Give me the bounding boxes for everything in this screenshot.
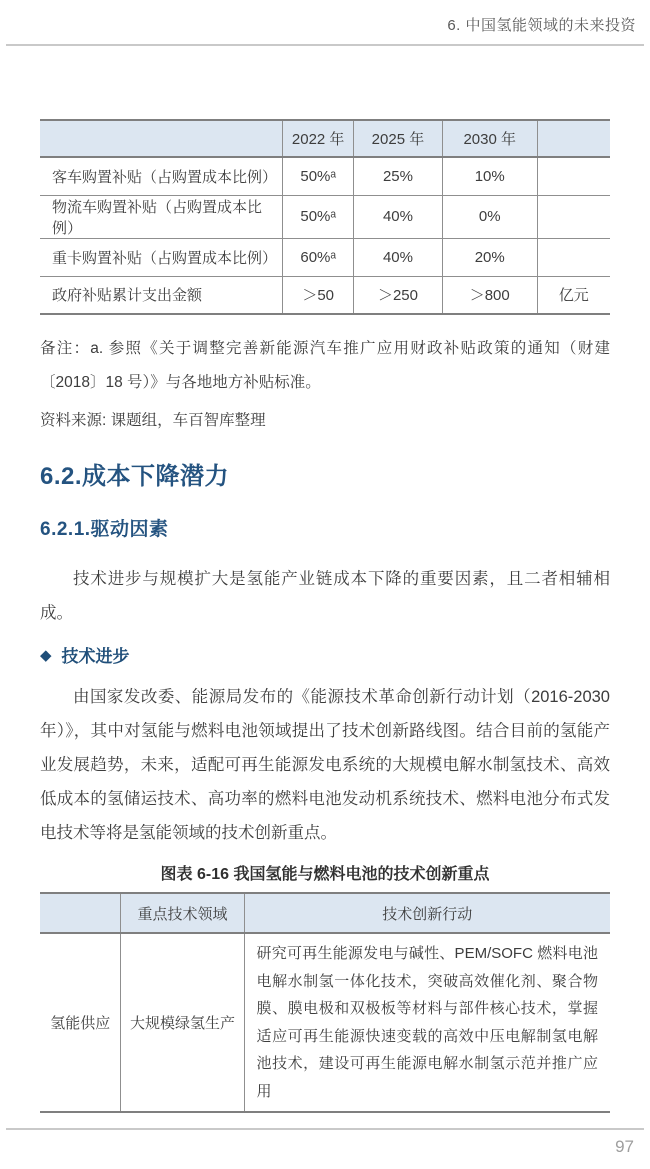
bullet-heading-label: 技术进步 xyxy=(62,642,130,667)
tech-table-header: 重点技术领域 技术创新行动 xyxy=(40,893,610,933)
source-line: 资料来源: 课题组，车百智库整理 xyxy=(40,409,610,433)
table-cell: 20% xyxy=(442,238,537,276)
table-cell: 10% xyxy=(442,157,537,195)
table-cell: ＞800 xyxy=(442,276,537,314)
running-header-title: 6. 中国氢能领域的未来投资 xyxy=(447,17,636,34)
bullet-heading: ◆ 技术进步 xyxy=(40,642,610,667)
table-cell xyxy=(537,238,610,276)
table-row: 氢能供应 大规模绿氢生产 研究可再生能源发电与碱性、PEM/SOFC 燃料电池电… xyxy=(40,933,610,1112)
table-cell-label: 物流车购置补贴（占购置成本比例） xyxy=(40,195,283,238)
table-cell: 60%ᵃ xyxy=(283,238,354,276)
table-cell: 50%ᵃ xyxy=(283,195,354,238)
table-cell-field: 大规模绿氢生产 xyxy=(121,933,244,1112)
table-cell: 0% xyxy=(442,195,537,238)
paragraph-2: 由国家发改委、能源局发布的《能源技术革命创新行动计划（2016-2030 年）》… xyxy=(40,680,610,850)
table-header-cell-2022: 2022 年 xyxy=(283,120,354,157)
page-number: 97 xyxy=(6,1130,644,1157)
subsidy-table: 2022 年 2025 年 2030 年 客车购置补贴（占购置成本比例） 50%… xyxy=(40,119,610,315)
table-cell-label: 客车购置补贴（占购置成本比例） xyxy=(40,157,283,195)
table-cell: 40% xyxy=(354,238,443,276)
table-row: 重卡购置补贴（占购置成本比例） 60%ᵃ 40% 20% xyxy=(40,238,610,276)
table-cell: ＞250 xyxy=(354,276,443,314)
table-cell-label: 重卡购置补贴（占购置成本比例） xyxy=(40,238,283,276)
section-heading: 6.2.成本下降潜力 xyxy=(40,456,610,491)
table-cell xyxy=(537,157,610,195)
table-row: 物流车购置补贴（占购置成本比例） 50%ᵃ 40% 0% xyxy=(40,195,610,238)
table-cell: ＞50 xyxy=(283,276,354,314)
table-header-row: 2022 年 2025 年 2030 年 xyxy=(40,120,610,157)
table-header-cell-2030: 2030 年 xyxy=(442,120,537,157)
subsection-heading: 6.2.1.驱动因素 xyxy=(40,514,610,541)
table-caption: 图表 6-16 我国氢能与燃料电池的技术创新重点 xyxy=(40,861,610,884)
table-header-cell-2025: 2025 年 xyxy=(354,120,443,157)
table-header-row: 重点技术领域 技术创新行动 xyxy=(40,893,610,933)
page-footer: 97 xyxy=(6,1128,644,1157)
table-cell-detail: 研究可再生能源发电与碱性、PEM/SOFC 燃料电池电解水制氢一体化技术，突破高… xyxy=(244,933,610,1112)
document-page: 6. 中国氢能领域的未来投资 2022 年 2025 年 2030 年 客车购置… xyxy=(0,0,650,1169)
table-row: 政府补贴累计支出金额 ＞50 ＞250 ＞800 亿元 xyxy=(40,276,610,314)
tech-innovation-table: 重点技术领域 技术创新行动 氢能供应 大规模绿氢生产 研究可再生能源发电与碱性、… xyxy=(40,892,610,1113)
paragraph-1: 技术进步与规模扩大是氢能产业链成本下降的重要因素，且二者相辅相成。 xyxy=(40,562,610,630)
subsidy-table-header: 2022 年 2025 年 2030 年 xyxy=(40,120,610,157)
table-header-cell xyxy=(40,893,121,933)
table-row: 客车购置补贴（占购置成本比例） 50%ᵃ 25% 10% xyxy=(40,157,610,195)
page-content: 2022 年 2025 年 2030 年 客车购置补贴（占购置成本比例） 50%… xyxy=(40,119,610,1113)
table-cell-label: 政府补贴累计支出金额 xyxy=(40,276,283,314)
table-cell: 40% xyxy=(354,195,443,238)
table-cell: 25% xyxy=(354,157,443,195)
page-header: 6. 中国氢能领域的未来投资 xyxy=(6,0,644,46)
diamond-icon: ◆ xyxy=(40,646,52,664)
table-cell: 亿元 xyxy=(537,276,610,314)
subsidy-table-body: 客车购置补贴（占购置成本比例） 50%ᵃ 25% 10% 物流车购置补贴（占购置… xyxy=(40,157,610,314)
table-header-cell-action: 技术创新行动 xyxy=(244,893,610,933)
table-header-cell-unit xyxy=(537,120,610,157)
tech-table-body: 氢能供应 大规模绿氢生产 研究可再生能源发电与碱性、PEM/SOFC 燃料电池电… xyxy=(40,933,610,1112)
table-note: 备注：a. 参照《关于调整完善新能源汽车推广应用财政补贴政策的通知（财建〔201… xyxy=(40,332,610,400)
table-header-cell xyxy=(40,120,283,157)
table-cell: 50%ᵃ xyxy=(283,157,354,195)
table-header-cell-field: 重点技术领域 xyxy=(121,893,244,933)
table-cell-category: 氢能供应 xyxy=(40,933,121,1112)
table-cell xyxy=(537,195,610,238)
